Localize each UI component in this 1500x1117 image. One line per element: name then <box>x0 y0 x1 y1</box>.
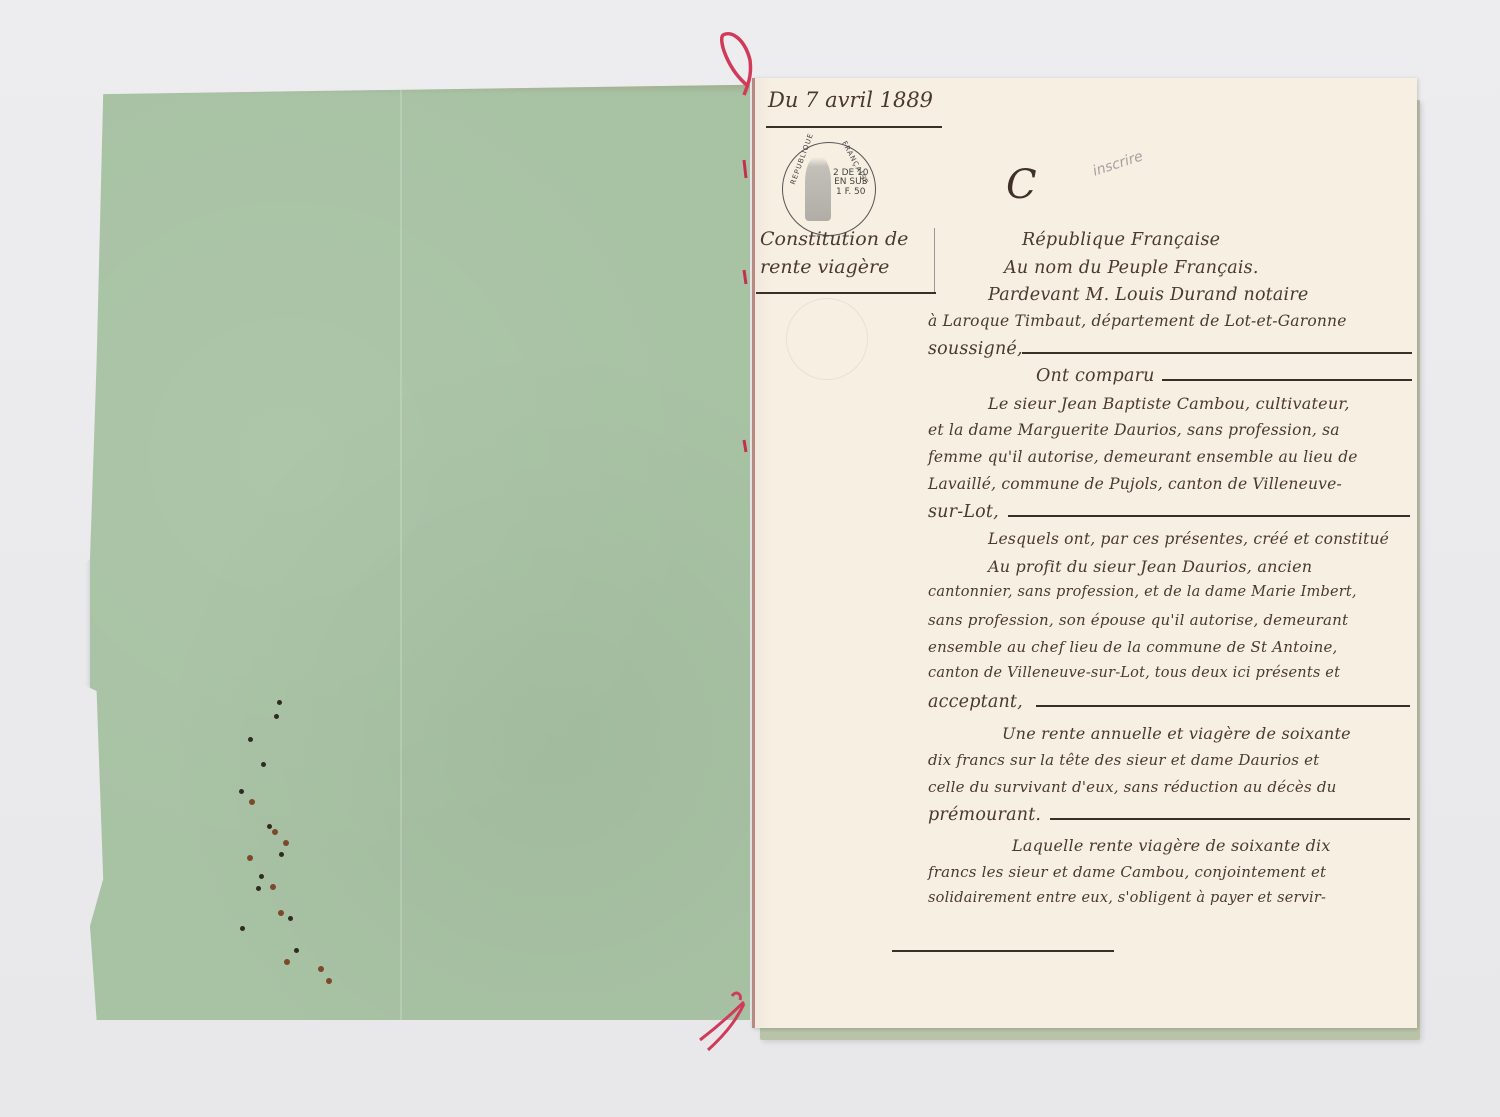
photo-scene: Du 7 avril 1889 REPUBLIQUE FRANÇAISE 2 D… <box>0 0 1500 1117</box>
binding-thread-icon <box>0 0 1500 1117</box>
